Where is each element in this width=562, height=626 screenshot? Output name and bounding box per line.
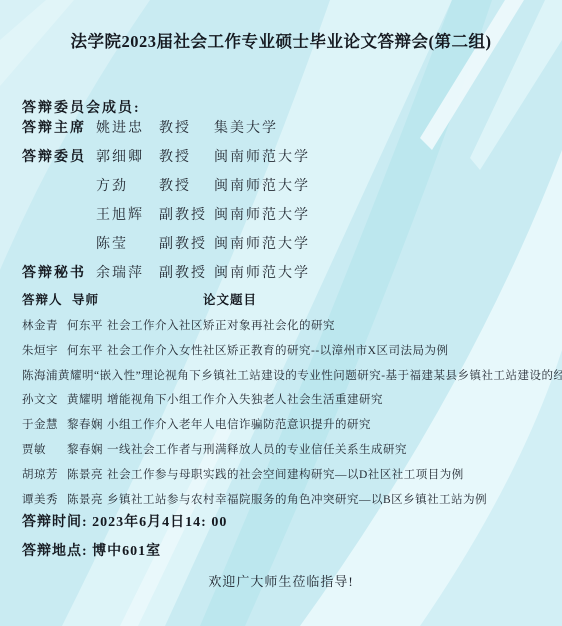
- document-content: 法学院2023届社会工作专业硕士毕业论文答辩会(第二组) 答辩委员会成员: 答辩…: [0, 0, 562, 626]
- header-thesis: 论文题目: [107, 287, 556, 314]
- committee-row: 陈莹 副教授 闽南师范大学: [22, 230, 552, 259]
- defender-name-cell: 陈海浦: [22, 364, 58, 389]
- thesis-title-cell: 社会工作参与母职实践的社会空间建构研究—以D社区社工项目为例: [107, 463, 556, 488]
- defender-name-cell: 谭美秀: [22, 488, 67, 513]
- defense-time-row: 答辩时间: 2023年6月4日14: 00: [22, 511, 227, 531]
- member-role: 答辩秘书: [22, 259, 96, 288]
- member-affiliation: 闽南师范大学: [214, 259, 552, 288]
- member-title: 副教授: [159, 230, 214, 259]
- advisor-name-cell: 黎春娴: [67, 413, 107, 438]
- advisor-name-cell: 黄耀明: [58, 364, 94, 389]
- defense-place-label: 答辩地点:: [22, 544, 88, 559]
- member-role: 答辩委员: [22, 143, 96, 172]
- member-affiliation: 集美大学: [214, 114, 552, 143]
- committee-list: 答辩主席 姚进忠 教授 集美大学 答辩委员 郭细卿 教授 闽南师范大学 方劲 教…: [22, 114, 552, 288]
- advisor-name-cell: 陈景亮: [67, 488, 107, 513]
- member-title: 教授: [159, 143, 214, 172]
- member-affiliation: 闽南师范大学: [214, 172, 552, 201]
- member-name: 王旭辉: [96, 201, 159, 230]
- defender-name-cell: 于金慧: [22, 413, 67, 438]
- member-affiliation: 闽南师范大学: [214, 230, 552, 259]
- member-title: 副教授: [159, 259, 214, 288]
- advisor-name-cell: 陈景亮: [67, 463, 107, 488]
- thesis-title-cell: 增能视角下小组工作介入失独老人社会生活重建研究: [107, 388, 556, 413]
- member-name: 姚进忠: [96, 114, 159, 143]
- defense-schedule-table: 答辩人 导师 论文题目 林金青 何东平 社会工作介入社区矫正对象再社会化的研究 …: [22, 287, 556, 512]
- advisor-name-cell: 黎春娴: [67, 438, 107, 463]
- thesis-title-cell: 社会工作介入女性社区矫正教育的研究--以漳州市X区司法局为例: [107, 339, 556, 364]
- committee-row: 答辩主席 姚进忠 教授 集美大学: [22, 114, 552, 143]
- table-row: 胡琼芳 陈景亮 社会工作参与母职实践的社会空间建构研究—以D社区社工项目为例: [22, 463, 556, 488]
- table-row: 朱烜宇 何东平 社会工作介入女性社区矫正教育的研究--以漳州市X区司法局为例: [22, 339, 556, 364]
- header-defender: 答辩人: [22, 287, 72, 314]
- defense-time-value: 2023年6月4日14: 00: [92, 515, 227, 530]
- member-title: 教授: [159, 172, 214, 201]
- header-advisor: 导师: [72, 287, 107, 314]
- defense-place-row: 答辩地点: 博中601室: [22, 540, 161, 560]
- member-role: [22, 201, 96, 230]
- defense-time-label: 答辩时间:: [22, 515, 88, 530]
- member-title: 副教授: [159, 201, 214, 230]
- committee-row: 答辩委员 郭细卿 教授 闽南师范大学: [22, 143, 552, 172]
- table-header-row: 答辩人 导师 论文题目: [22, 287, 556, 314]
- member-role: [22, 230, 96, 259]
- table-row: 谭美秀 陈景亮 乡镇社工站参与农村幸福院服务的角色冲突研究—以B区乡镇社工站为例: [22, 488, 556, 513]
- member-name: 陈莹: [96, 230, 159, 259]
- member-affiliation: 闽南师范大学: [214, 143, 552, 172]
- table-row: 孙文文 黄耀明 增能视角下小组工作介入失独老人社会生活重建研究: [22, 388, 556, 413]
- table-row: 于金慧 黎春娴 小组工作介入老年人电信诈骗防范意识提升的研究: [22, 413, 556, 438]
- committee-row: 王旭辉 副教授 闽南师范大学: [22, 201, 552, 230]
- advisor-name-cell: 黄耀明: [67, 388, 107, 413]
- defender-name-cell: 胡琼芳: [22, 463, 67, 488]
- advisor-name-cell: 何东平: [67, 314, 107, 339]
- table-row: 陈海浦 黄耀明 “嵌入性”理论视角下乡镇社工站建设的专业性问题研究-基于福建某县…: [22, 364, 556, 389]
- member-role: [22, 172, 96, 201]
- member-title: 教授: [159, 114, 214, 143]
- member-name: 郭细卿: [96, 143, 159, 172]
- welcome-message: 欢迎广大师生莅临指导!: [0, 571, 562, 590]
- thesis-title-cell: 乡镇社工站参与农村幸福院服务的角色冲突研究—以B区乡镇社工站为例: [107, 488, 556, 513]
- defender-name-cell: 朱烜宇: [22, 339, 67, 364]
- defender-name-cell: 贾敏: [22, 438, 67, 463]
- member-affiliation: 闽南师范大学: [214, 201, 552, 230]
- defender-name-cell: 林金青: [22, 314, 67, 339]
- thesis-title-cell: 一线社会工作者与刑满释放人员的专业信任关系生成研究: [107, 438, 556, 463]
- member-name: 方劲: [96, 172, 159, 201]
- table-row: 林金青 何东平 社会工作介入社区矫正对象再社会化的研究: [22, 314, 556, 339]
- member-role: 答辩主席: [22, 114, 96, 143]
- defender-name-cell: 孙文文: [22, 388, 67, 413]
- committee-row: 方劲 教授 闽南师范大学: [22, 172, 552, 201]
- page-title: 法学院2023届社会工作专业硕士毕业论文答辩会(第二组): [0, 28, 562, 52]
- thesis-title-cell: 小组工作介入老年人电信诈骗防范意识提升的研究: [107, 413, 556, 438]
- thesis-title-cell: “嵌入性”理论视角下乡镇社工站建设的专业性问题研究-基于福建某县乡镇社工站建设的…: [94, 364, 562, 389]
- announcement-page: 法学院2023届社会工作专业硕士毕业论文答辩会(第二组) 答辩委员会成员: 答辩…: [0, 0, 562, 626]
- advisor-name-cell: 何东平: [67, 339, 107, 364]
- thesis-title-cell: 社会工作介入社区矫正对象再社会化的研究: [107, 314, 556, 339]
- defense-place-value: 博中601室: [92, 544, 161, 559]
- committee-row: 答辩秘书 余瑞萍 副教授 闽南师范大学: [22, 259, 552, 288]
- table-row: 贾敏 黎春娴 一线社会工作者与刑满释放人员的专业信任关系生成研究: [22, 438, 556, 463]
- member-name: 余瑞萍: [96, 259, 159, 288]
